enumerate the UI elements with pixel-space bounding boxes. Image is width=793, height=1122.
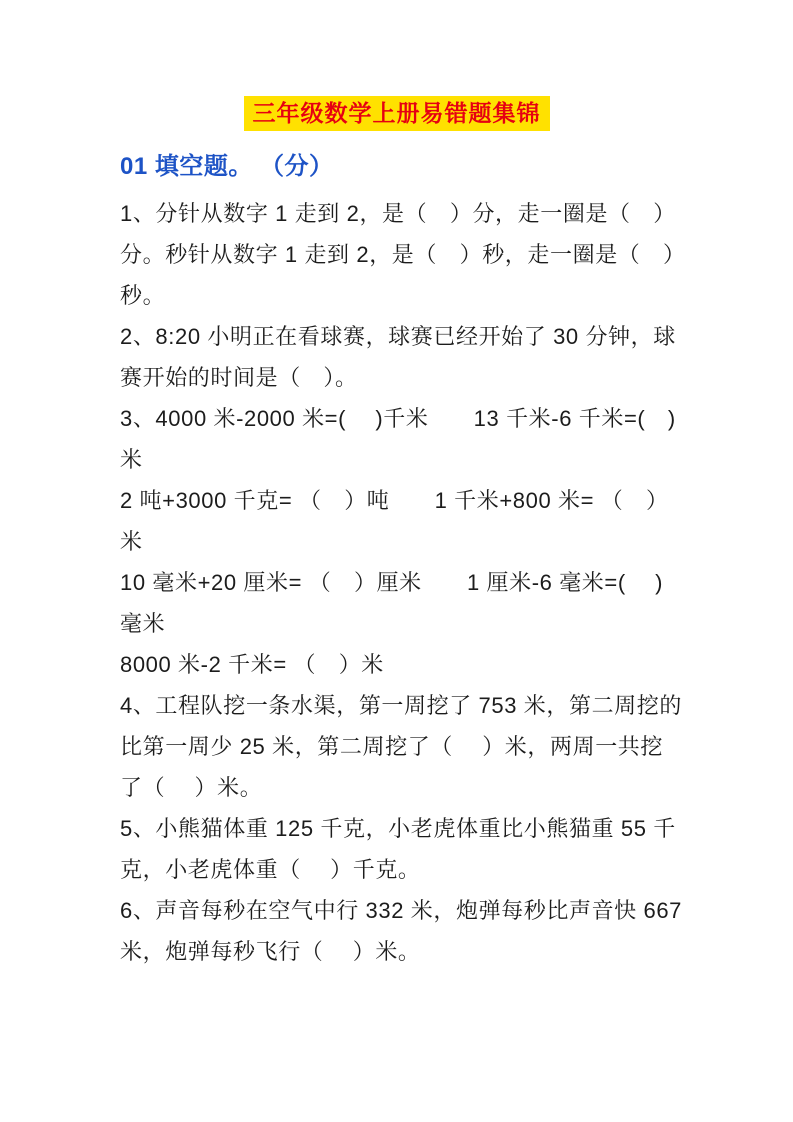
question-line: 6、声音每秒在空气中行 332 米，炮弹每秒比声音快 667 [120, 890, 695, 931]
section-heading: 01 填空题。 （分） [120, 152, 793, 182]
question-line: 3、4000 米-2000 米=( )千米 13 千米-6 千米=( ) [120, 398, 695, 439]
question-2: 2、8:20 小明正在看球赛，球赛已经开始了 30 分钟，球 赛开始的时间是（ … [120, 316, 695, 398]
question-line: 2、8:20 小明正在看球赛，球赛已经开始了 30 分钟，球 [120, 316, 695, 357]
question-line: 4、工程队挖一条水渠，第一周挖了 753 米，第二周挖的 [120, 685, 695, 726]
worksheet-page: 三年级数学上册易错题集锦 01 填空题。 （分） 1、分针从数字 1 走到 2，… [0, 0, 793, 1122]
question-4: 4、工程队挖一条水渠，第一周挖了 753 米，第二周挖的 比第一周少 25 米，… [120, 685, 695, 808]
document-title-row: 三年级数学上册易错题集锦 [0, 96, 793, 131]
question-line: 10 毫米+20 厘米= （ ）厘米 1 厘米-6 毫米=( ) [120, 562, 695, 603]
question-line: 5、小熊猫体重 125 千克，小老虎体重比小熊猫重 55 千 [120, 808, 695, 849]
question-line: 米 [120, 521, 695, 562]
question-line: 米 [120, 439, 695, 480]
question-line: 毫米 [120, 603, 695, 644]
question-line: 了（ ）米。 [120, 767, 695, 808]
question-line: 赛开始的时间是（ ）。 [120, 357, 695, 398]
question-1: 1、分针从数字 1 走到 2，是（ ）分，走一圈是（ ） 分。秒针从数字 1 走… [120, 193, 695, 316]
question-line: 1、分针从数字 1 走到 2，是（ ）分，走一圈是（ ） [120, 193, 695, 234]
question-line: 分。秒针从数字 1 走到 2，是（ ）秒，走一圈是（ ） [120, 234, 695, 275]
question-line: 克，小老虎体重（ ）千克。 [120, 849, 695, 890]
question-3: 3、4000 米-2000 米=( )千米 13 千米-6 千米=( ) 米 2… [120, 398, 695, 685]
questions-content: 1、分针从数字 1 走到 2，是（ ）分，走一圈是（ ） 分。秒针从数字 1 走… [120, 193, 695, 972]
document-title: 三年级数学上册易错题集锦 [244, 96, 550, 131]
question-line: 2 吨+3000 千克= （ ）吨 1 千米+800 米= （ ） [120, 480, 695, 521]
question-5: 5、小熊猫体重 125 千克，小老虎体重比小熊猫重 55 千 克，小老虎体重（ … [120, 808, 695, 890]
question-line: 米，炮弹每秒飞行（ ）米。 [120, 931, 695, 972]
question-line: 8000 米-2 千米= （ ）米 [120, 644, 695, 685]
question-line: 比第一周少 25 米，第二周挖了（ ）米，两周一共挖 [120, 726, 695, 767]
question-6: 6、声音每秒在空气中行 332 米，炮弹每秒比声音快 667 米，炮弹每秒飞行（… [120, 890, 695, 972]
question-line: 秒。 [120, 275, 695, 316]
